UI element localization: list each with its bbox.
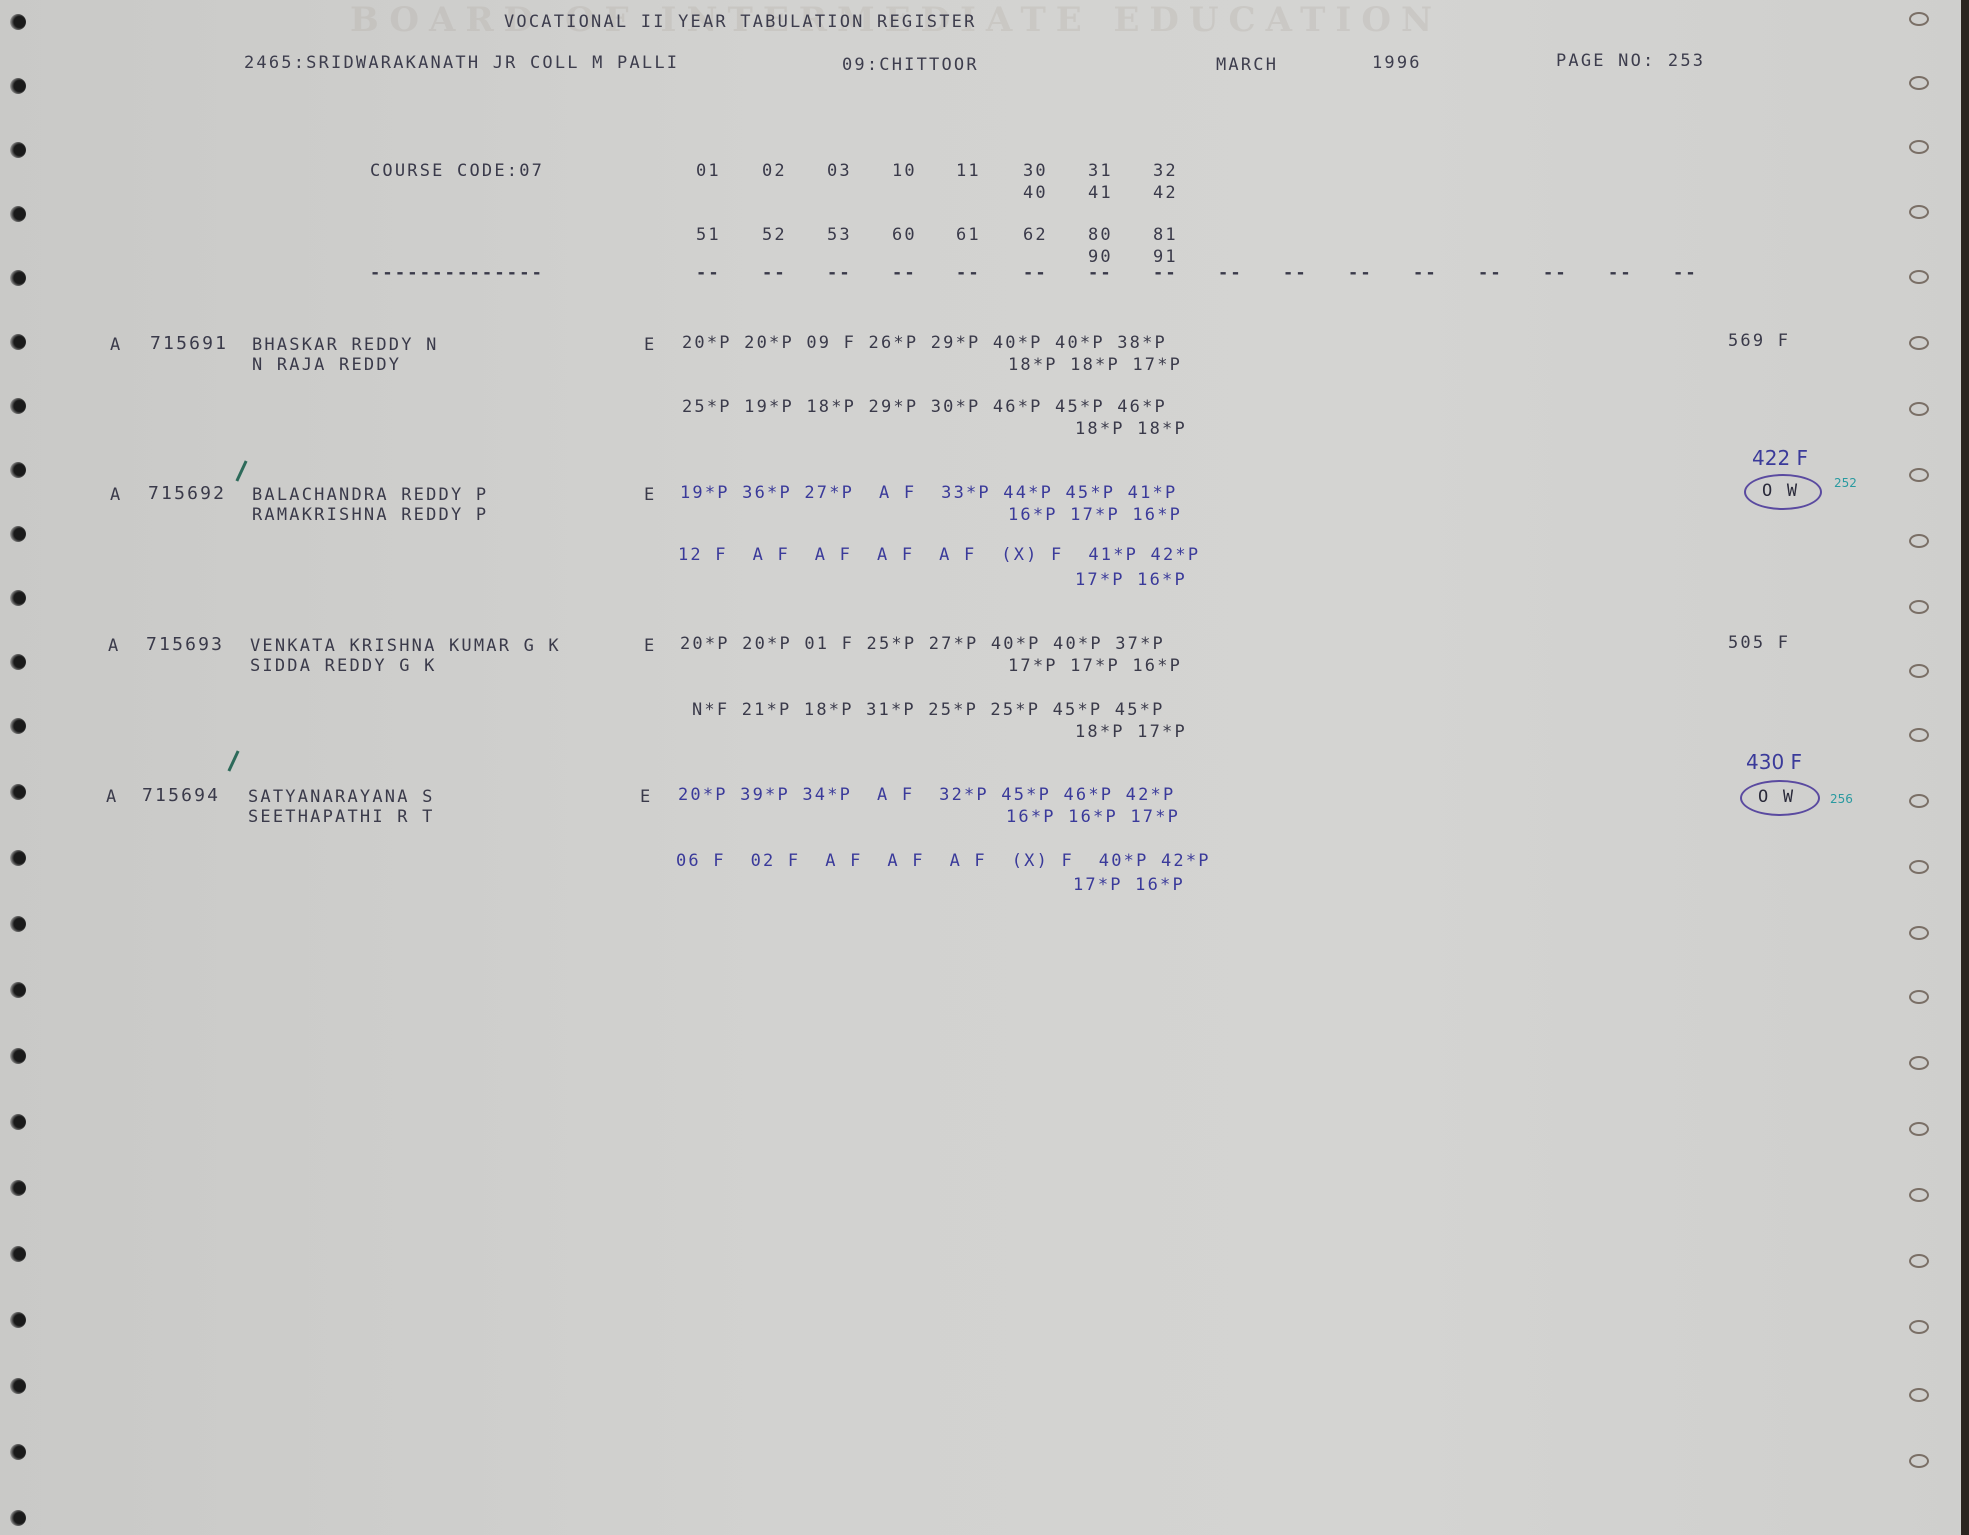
initials-note: 252 bbox=[1834, 476, 1857, 490]
column-divider: -- bbox=[1673, 263, 1698, 283]
column-divider: -- bbox=[1088, 263, 1113, 283]
column-divider: -- bbox=[1218, 263, 1243, 283]
page-number: PAGE NO: 253 bbox=[1556, 51, 1705, 71]
medium-code: E bbox=[640, 787, 652, 807]
page-edge bbox=[1961, 0, 1969, 1535]
punch-hole-icon bbox=[10, 1378, 26, 1394]
marks-row-1-sub: 16*P 16*P 17*P bbox=[1006, 807, 1180, 827]
subject-code: 10 bbox=[892, 161, 917, 181]
column-divider: -- bbox=[762, 263, 787, 283]
punch-hole-icon bbox=[10, 1444, 26, 1460]
column-divider: -- bbox=[892, 263, 917, 283]
header-divider: -------------- bbox=[370, 263, 544, 283]
category-code: A bbox=[110, 335, 122, 355]
column-divider: -- bbox=[1348, 263, 1373, 283]
punch-hole-icon bbox=[10, 78, 26, 94]
category-code: A bbox=[110, 485, 122, 505]
student-name: VENKATA KRISHNA KUMAR G K bbox=[250, 636, 561, 656]
punch-hole-icon bbox=[1909, 336, 1929, 350]
punch-hole-icon bbox=[1909, 1188, 1929, 1202]
punch-hole-icon bbox=[10, 526, 26, 542]
punch-hole-icon bbox=[10, 1510, 26, 1526]
father-name: N RAJA REDDY bbox=[252, 355, 401, 375]
column-divider: -- bbox=[1153, 263, 1178, 283]
punch-hole-icon bbox=[10, 142, 26, 158]
tractor-holes-right bbox=[1909, 0, 1949, 1535]
punch-hole-icon bbox=[1909, 1388, 1929, 1402]
subject-code: 40 bbox=[1023, 183, 1048, 203]
punch-hole-icon bbox=[1909, 205, 1929, 219]
punch-hole-icon bbox=[10, 1246, 26, 1262]
punch-hole-icon bbox=[1909, 270, 1929, 284]
subject-code: 81 bbox=[1153, 225, 1178, 245]
punch-hole-icon bbox=[1909, 794, 1929, 808]
punch-hole-icon bbox=[10, 1180, 26, 1196]
punch-hole-icon bbox=[10, 1048, 26, 1064]
punch-hole-icon bbox=[10, 14, 26, 30]
category-code: A bbox=[108, 636, 120, 656]
subject-code: 80 bbox=[1088, 225, 1113, 245]
punch-hole-icon bbox=[1909, 1254, 1929, 1268]
punch-hole-icon bbox=[1909, 860, 1929, 874]
subject-code: 53 bbox=[827, 225, 852, 245]
punch-hole-icon bbox=[10, 206, 26, 222]
roll-number: 715693 bbox=[146, 634, 224, 655]
punch-hole-icon bbox=[1909, 534, 1929, 548]
marks-row-1-sub: 16*P 17*P 16*P bbox=[1008, 505, 1182, 525]
marks-row-1: 20*P 20*P 01 F 25*P 27*P 40*P 40*P 37*P bbox=[680, 634, 1165, 654]
punch-hole-icon bbox=[1909, 990, 1929, 1004]
column-divider: -- bbox=[1543, 263, 1568, 283]
category-code: A bbox=[106, 787, 118, 807]
punch-hole-icon bbox=[10, 916, 26, 932]
college-name: 2465:SRIDWARAKANATH JR COLL M PALLI bbox=[244, 53, 679, 73]
marks-row-1: 20*P 39*P 34*P A F 32*P 45*P 46*P 42*P bbox=[678, 785, 1175, 805]
marks-row-2: 12 F A F A F A F A F (X) F 41*P 42*P bbox=[678, 545, 1200, 565]
student-name: SATYANARAYANA S bbox=[248, 787, 435, 807]
father-name: SEETHAPATHI R T bbox=[248, 807, 435, 827]
punch-hole-icon bbox=[1909, 12, 1929, 26]
marks-row-2-sub: 17*P 16*P bbox=[1073, 875, 1185, 895]
punch-hole-icon bbox=[10, 850, 26, 866]
exam-month: MARCH bbox=[1216, 55, 1278, 75]
punch-hole-icon bbox=[1909, 140, 1929, 154]
punch-hole-icon bbox=[10, 462, 26, 478]
marks-row-1-sub: 17*P 17*P 16*P bbox=[1008, 656, 1182, 676]
subject-code: 62 bbox=[1023, 225, 1048, 245]
marks-row-2-sub: 18*P 18*P bbox=[1075, 419, 1187, 439]
marks-row-2-sub: 17*P 16*P bbox=[1075, 570, 1187, 590]
punch-hole-icon bbox=[10, 270, 26, 286]
total-result: 505 F bbox=[1728, 633, 1790, 653]
punch-hole-icon bbox=[10, 718, 26, 734]
punch-hole-icon bbox=[10, 1114, 26, 1130]
handwritten-total: 422 F bbox=[1752, 446, 1808, 470]
punch-hole-icon bbox=[1909, 76, 1929, 90]
marks-row-2-sub: 18*P 17*P bbox=[1075, 722, 1187, 742]
subject-code: 61 bbox=[956, 225, 981, 245]
punch-hole-icon bbox=[10, 982, 26, 998]
punch-hole-icon bbox=[10, 590, 26, 606]
punch-hole-icon bbox=[1909, 1454, 1929, 1468]
roll-number: 715691 bbox=[150, 333, 228, 354]
subject-code: 42 bbox=[1153, 183, 1178, 203]
punch-hole-icon bbox=[1909, 402, 1929, 416]
punch-hole-icon bbox=[10, 334, 26, 350]
subject-code: 60 bbox=[892, 225, 917, 245]
medium-code: E bbox=[644, 335, 656, 355]
medium-code: E bbox=[644, 485, 656, 505]
marks-row-2: 06 F 02 F A F A F A F (X) F 40*P 42*P bbox=[676, 851, 1211, 871]
subject-code: 31 bbox=[1088, 161, 1113, 181]
status-text: O W bbox=[1762, 481, 1799, 501]
district-name: 09:CHITTOOR bbox=[842, 55, 979, 75]
column-divider: -- bbox=[1023, 263, 1048, 283]
punch-hole-icon bbox=[1909, 600, 1929, 614]
punch-hole-icon bbox=[1909, 728, 1929, 742]
marks-row-1: 20*P 20*P 09 F 26*P 29*P 40*P 40*P 38*P bbox=[682, 333, 1167, 353]
handwritten-total: 430 F bbox=[1746, 750, 1802, 774]
punch-hole-icon bbox=[1909, 1122, 1929, 1136]
medium-code: E bbox=[644, 636, 656, 656]
punch-hole-icon bbox=[1909, 468, 1929, 482]
column-divider: -- bbox=[827, 263, 852, 283]
check-mark-icon bbox=[227, 750, 239, 771]
subject-code: 02 bbox=[762, 161, 787, 181]
subject-code: 32 bbox=[1153, 161, 1178, 181]
punch-hole-icon bbox=[10, 654, 26, 670]
father-name: RAMAKRISHNA REDDY P bbox=[252, 505, 488, 525]
register-title: VOCATIONAL II YEAR TABULATION REGISTER bbox=[504, 12, 977, 32]
column-divider: -- bbox=[1608, 263, 1633, 283]
marks-row-2: N*F 21*P 18*P 31*P 25*P 25*P 45*P 45*P bbox=[692, 700, 1165, 720]
subject-code: 01 bbox=[696, 161, 721, 181]
subject-code: 11 bbox=[956, 161, 981, 181]
roll-number: 715694 bbox=[142, 785, 220, 806]
subject-code: 03 bbox=[827, 161, 852, 181]
column-divider: -- bbox=[1413, 263, 1438, 283]
punch-hole-icon bbox=[10, 784, 26, 800]
roll-number: 715692 bbox=[148, 483, 226, 504]
student-name: BHASKAR REDDY N bbox=[252, 335, 439, 355]
subject-code: 41 bbox=[1088, 183, 1113, 203]
subject-code: 51 bbox=[696, 225, 721, 245]
punch-hole-icon bbox=[1909, 1320, 1929, 1334]
check-mark-icon bbox=[235, 460, 247, 481]
status-text: O W bbox=[1758, 787, 1795, 807]
punch-hole-icon bbox=[10, 398, 26, 414]
tabulation-register-page: BOARD OF INTERMEDIATE EDUCATION bbox=[0, 0, 1969, 1535]
punch-hole-icon bbox=[10, 1312, 26, 1328]
subject-code: 30 bbox=[1023, 161, 1048, 181]
column-divider: -- bbox=[956, 263, 981, 283]
father-name: SIDDA REDDY G K bbox=[250, 656, 437, 676]
initials-note: 256 bbox=[1830, 792, 1853, 806]
total-result: 569 F bbox=[1728, 331, 1790, 351]
tractor-holes-left bbox=[10, 0, 50, 1535]
marks-row-1-sub: 18*P 18*P 17*P bbox=[1008, 355, 1182, 375]
exam-year: 1996 bbox=[1372, 53, 1422, 73]
column-divider: -- bbox=[1478, 263, 1503, 283]
course-code-label: COURSE CODE:07 bbox=[370, 161, 544, 181]
punch-hole-icon bbox=[1909, 1056, 1929, 1070]
subject-code: 52 bbox=[762, 225, 787, 245]
column-divider: -- bbox=[696, 263, 721, 283]
marks-row-1: 19*P 36*P 27*P A F 33*P 44*P 45*P 41*P bbox=[680, 483, 1177, 503]
punch-hole-icon bbox=[1909, 664, 1929, 678]
student-name: BALACHANDRA REDDY P bbox=[252, 485, 488, 505]
punch-hole-icon bbox=[1909, 926, 1929, 940]
column-divider: -- bbox=[1283, 263, 1308, 283]
marks-row-2: 25*P 19*P 18*P 29*P 30*P 46*P 45*P 46*P bbox=[682, 397, 1167, 417]
